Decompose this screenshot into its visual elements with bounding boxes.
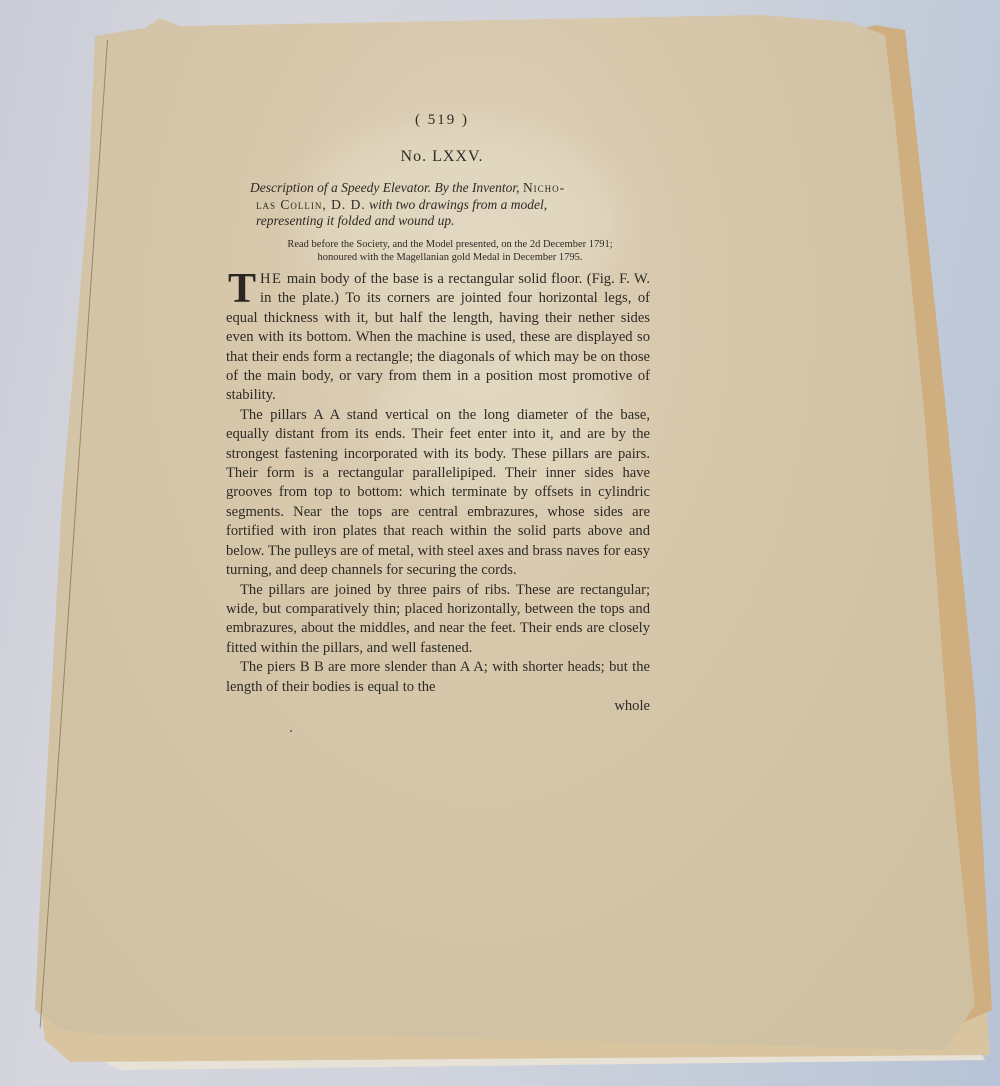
body-text: THE main body of the base is a rectangul… [226, 270, 650, 716]
page-number: ( 519 ) [0, 112, 884, 129]
paragraph-2: The pillars A A stand vertical on the lo… [226, 406, 650, 581]
author-name-part: Nicho- [523, 180, 565, 195]
read-note: Read before the Society, and the Model p… [245, 238, 655, 264]
read-note-line-2: honoured with the Magellanian gold Medal… [245, 251, 655, 264]
opening-caps: HE [260, 271, 282, 287]
paragraph-4: The piers B B are more slender than A A;… [226, 658, 650, 697]
title-line-1: Description of a Speedy Elevator. By the… [250, 180, 655, 197]
ink-speck [290, 730, 292, 732]
article-title: Description of a Speedy Elevator. By the… [250, 180, 655, 230]
title-text: Description of a Speedy Elevator. By the… [250, 180, 523, 195]
paragraph-1: THE main body of the base is a rectangul… [226, 270, 650, 406]
title-line-3: representing it folded and wound up. [250, 213, 655, 230]
title-line-2: las Collin, D. D. with two drawings from… [250, 197, 655, 214]
paragraph-3: The pillars are joined by three pairs of… [226, 581, 650, 659]
title-text: with two drawings from a model, [366, 197, 547, 212]
catchword: whole [226, 697, 650, 716]
paragraph-text: main body of the base is a rectangular s… [226, 271, 650, 403]
drop-cap: T [228, 272, 256, 306]
title-text: representing it folded and wound up. [256, 213, 455, 228]
article-number: No. LXXV. [0, 148, 884, 166]
read-note-line-1: Read before the Society, and the Model p… [245, 238, 655, 251]
author-name-part: las Collin, D. D. [256, 197, 366, 212]
